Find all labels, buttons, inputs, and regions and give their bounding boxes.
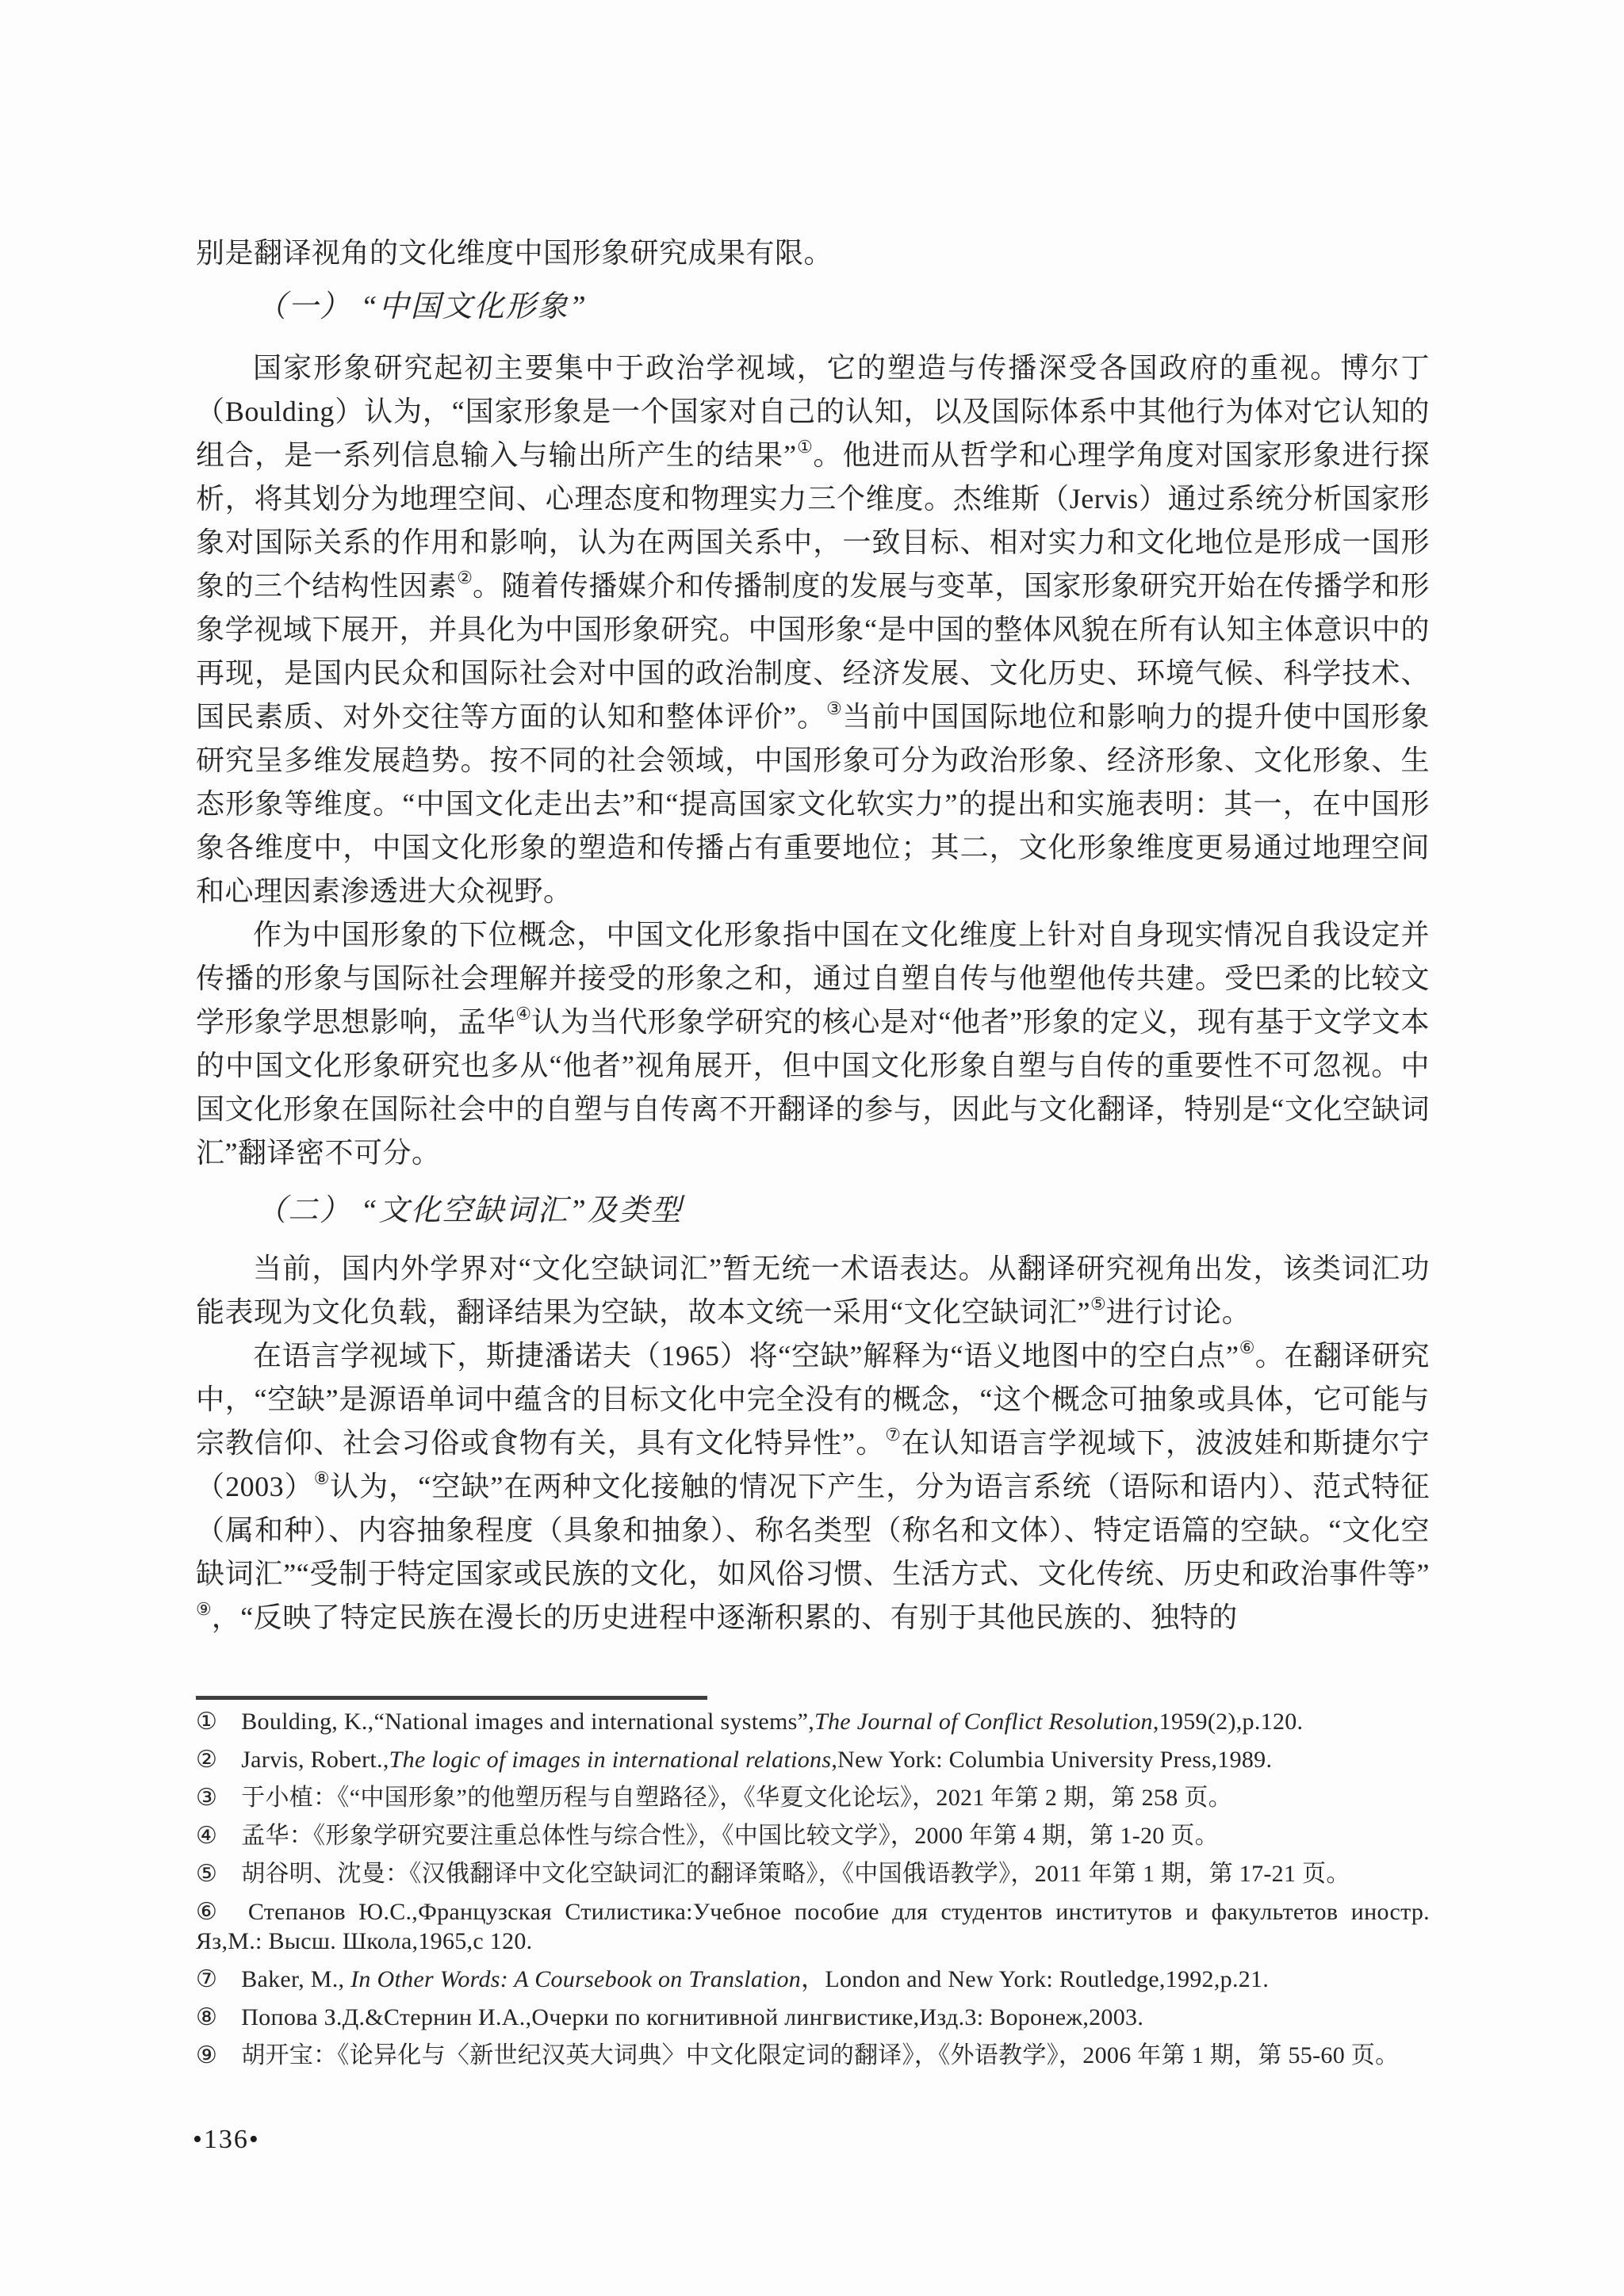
text-run: Boulding, K.,“National images and intern…: [241, 1709, 814, 1735]
footnote-marker: ③: [196, 1785, 217, 1811]
paragraph: 当前，国内外学界对“文化空缺词汇”暂无统一术语表达。从翻译研究视角出发，该类词汇…: [196, 1247, 1430, 1334]
text-run: 于小植：《“中国形象”的他塑历程与自塑路径》，《华夏文化论坛》，2021 年第 …: [241, 1785, 1232, 1811]
page-number: •136•: [193, 2125, 260, 2155]
footnote-item: ②Jarvis, Robert.,The logic of images in …: [196, 1745, 1430, 1774]
italic-text-run: The Journal of Conflict Resolution: [814, 1709, 1153, 1735]
footnote-marker: ⑤: [196, 1861, 217, 1887]
footnote-item: ⑥Степанов Ю.С.,Французская Стилистика:Уч…: [196, 1897, 1430, 1956]
footnote-marker: ⑨: [196, 2042, 217, 2068]
text-run: 进行讨论。: [1106, 1296, 1251, 1328]
text-run: ,1959(2),p.120.: [1153, 1709, 1303, 1735]
footnote-item: ⑨胡开宝：《论异化与〈新世纪汉英大词典〉中文化限定词的翻译》，《外语教学》，20…: [196, 2041, 1430, 2070]
footnote-text: Jarvis, Robert.,The logic of images in i…: [241, 1747, 1272, 1773]
footnote-separator-rule: [196, 1696, 707, 1700]
footnote-ref-marker: ①: [797, 437, 814, 457]
footnote-ref-marker: ⑨: [196, 1599, 212, 1619]
footnote-ref-marker: ⑧: [314, 1468, 330, 1488]
paragraph: 国家形象研究起初主要集中于政治学视域，它的塑造与传播深受各国政府的重视。博尔丁（…: [196, 346, 1430, 913]
text-run: 孟华：《形象学研究要注重总体性与综合性》，《中国比较文学》，2000 年第 4 …: [241, 1823, 1219, 1849]
footnote-ref-marker: ⑦: [885, 1425, 901, 1445]
footnote-marker: ⑦: [196, 1966, 217, 1992]
footnote-text: 于小植：《“中国形象”的他塑历程与自塑路径》，《华夏文化论坛》，2021 年第 …: [241, 1785, 1232, 1811]
footnote-ref-marker: ⑤: [1090, 1294, 1106, 1314]
footnote-item: ④孟华：《形象学研究要注重总体性与综合性》，《中国比较文学》，2000 年第 4…: [196, 1821, 1430, 1850]
section-heading-1: （一） “中国文化形象”: [196, 285, 1430, 329]
footnote-item: ⑤胡谷明、沈曼：《汉俄翻译中文化空缺词汇的翻译策略》，《中国俄语教学》，2011…: [196, 1859, 1430, 1888]
footnote-text: Baker, M., In Other Words: A Coursebook …: [241, 1966, 1269, 1992]
text-run: Степанов Ю.С.,Французская Стилистика:Уче…: [196, 1899, 1430, 1954]
text-run: 胡谷明、沈曼：《汉俄翻译中文化空缺词汇的翻译策略》，《中国俄语教学》，2011 …: [241, 1861, 1350, 1887]
text-run: 胡开宝：《论异化与〈新世纪汉英大词典〉中文化限定词的翻译》，《外语教学》，200…: [241, 2042, 1399, 2068]
footnote-text: 孟华：《形象学研究要注重总体性与综合性》，《中国比较文学》，2000 年第 4 …: [241, 1823, 1219, 1849]
text-run: Baker, M.,: [241, 1966, 350, 1992]
italic-text-run: In Other Words: A Coursebook on Translat…: [350, 1966, 801, 1992]
footnote-marker: ④: [196, 1823, 217, 1849]
footnote-item: ⑦Baker, M., In Other Words: A Coursebook…: [196, 1965, 1430, 1994]
footnote-ref-marker: ④: [515, 1004, 531, 1024]
text-run: 在语言学视域下，斯捷潘诺夫（1965）将“空缺”解释为“语义地图中的空白点”: [253, 1340, 1239, 1372]
text-run: ,New York: Columbia University Press,198…: [831, 1747, 1272, 1773]
footnote-ref-marker: ②: [457, 568, 473, 587]
footnote-text: 胡开宝：《论异化与〈新世纪汉英大词典〉中文化限定词的翻译》，《外语教学》，200…: [241, 2042, 1399, 2068]
footnote-marker: ①: [196, 1709, 217, 1735]
footnote-item: ③于小植：《“中国形象”的他塑历程与自塑路径》，《华夏文化论坛》，2021 年第…: [196, 1783, 1430, 1812]
document-page: 别是翻译视角的文化维度中国形象研究成果有限。 （一） “中国文化形象” 国家形象…: [0, 0, 1624, 2296]
footnote-text: 胡谷明、沈曼：《汉俄翻译中文化空缺词汇的翻译策略》，《中国俄语教学》，2011 …: [241, 1861, 1350, 1887]
text-run: Jarvis, Robert.,: [241, 1747, 389, 1773]
italic-text-run: The logic of images in international rel…: [389, 1747, 832, 1773]
footnote-item: ①Boulding, K.,“National images and inter…: [196, 1707, 1430, 1736]
text-run: Попова З.Д.&Стернин И.А.,Очерки по когни…: [241, 2004, 1143, 2030]
section-heading-2: （二） “文化空缺词汇”及类型: [196, 1189, 1430, 1233]
footnotes-list: ①Boulding, K.,“National images and inter…: [196, 1707, 1430, 2070]
article-content: 别是翻译视角的文化维度中国形象研究成果有限。 （一） “中国文化形象” 国家形象…: [196, 232, 1430, 2079]
text-run: ，London and New York: Routledge,1992,p.2…: [801, 1966, 1269, 1992]
footnote-item: ⑧Попова З.Д.&Стернин И.А.,Очерки по когн…: [196, 2003, 1430, 2032]
paragraph: 在语言学视域下，斯捷潘诺夫（1965）将“空缺”解释为“语义地图中的空白点”⑥。…: [196, 1334, 1430, 1640]
footnote-ref-marker: ③: [826, 698, 842, 718]
footnote-marker: ⑥: [196, 1899, 224, 1925]
text-run: 认为，“空缺”在两种文化接触的情况下产生，分为语言系统（语际和语内）、范式特征（…: [196, 1471, 1430, 1590]
paragraph-continuation: 别是翻译视角的文化维度中国形象研究成果有限。: [196, 232, 1430, 275]
text-run: ，“反映了特定民族在漫长的历史进程中逐渐积累的、有别于其他民族的、独特的: [212, 1601, 1238, 1633]
footnote-text: Степанов Ю.С.,Французская Стилистика:Уче…: [196, 1899, 1430, 1954]
footnote-marker: ⑧: [196, 2004, 217, 2030]
paragraph: 作为中国形象的下位概念，中国文化形象指中国在文化维度上针对自身现实情况自我设定并…: [196, 913, 1430, 1175]
footnote-ref-marker: ⑥: [1239, 1337, 1254, 1357]
footnote-text: Попова З.Д.&Стернин И.А.,Очерки по когни…: [241, 2004, 1143, 2030]
footnote-marker: ②: [196, 1747, 217, 1773]
footnote-text: Boulding, K.,“National images and intern…: [241, 1709, 1303, 1735]
